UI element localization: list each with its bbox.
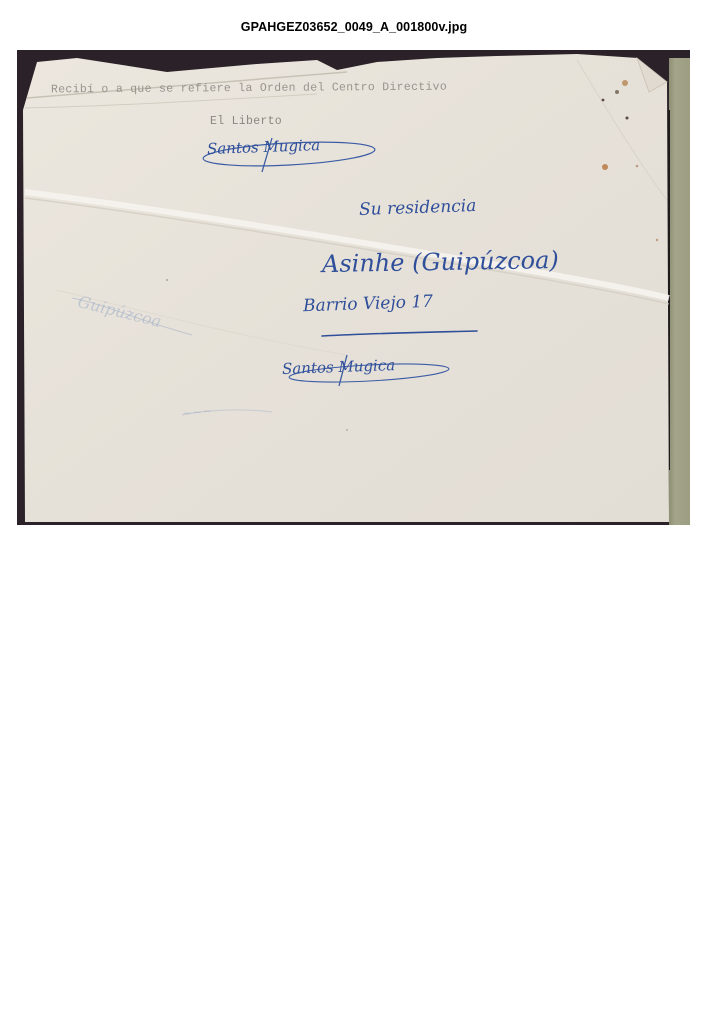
handwritten-residence-label: Su residencia — [359, 196, 477, 220]
scanned-document-image: Recibí o a que se refiere la Orden del C… — [17, 50, 690, 525]
paper-shape — [17, 50, 690, 525]
typed-receipt-line: Recibí o a que se refiere la Orden del C… — [51, 81, 447, 97]
document-filename-title: GPAHGEZ03652_0049_A_001800v.jpg — [0, 20, 708, 34]
paper-sheet: Recibí o a que se refiere la Orden del C… — [17, 50, 690, 525]
typed-liberto-label: El Liberto — [210, 115, 282, 128]
handwritten-town: Asinhe (Guipúzcoa) — [322, 246, 559, 278]
